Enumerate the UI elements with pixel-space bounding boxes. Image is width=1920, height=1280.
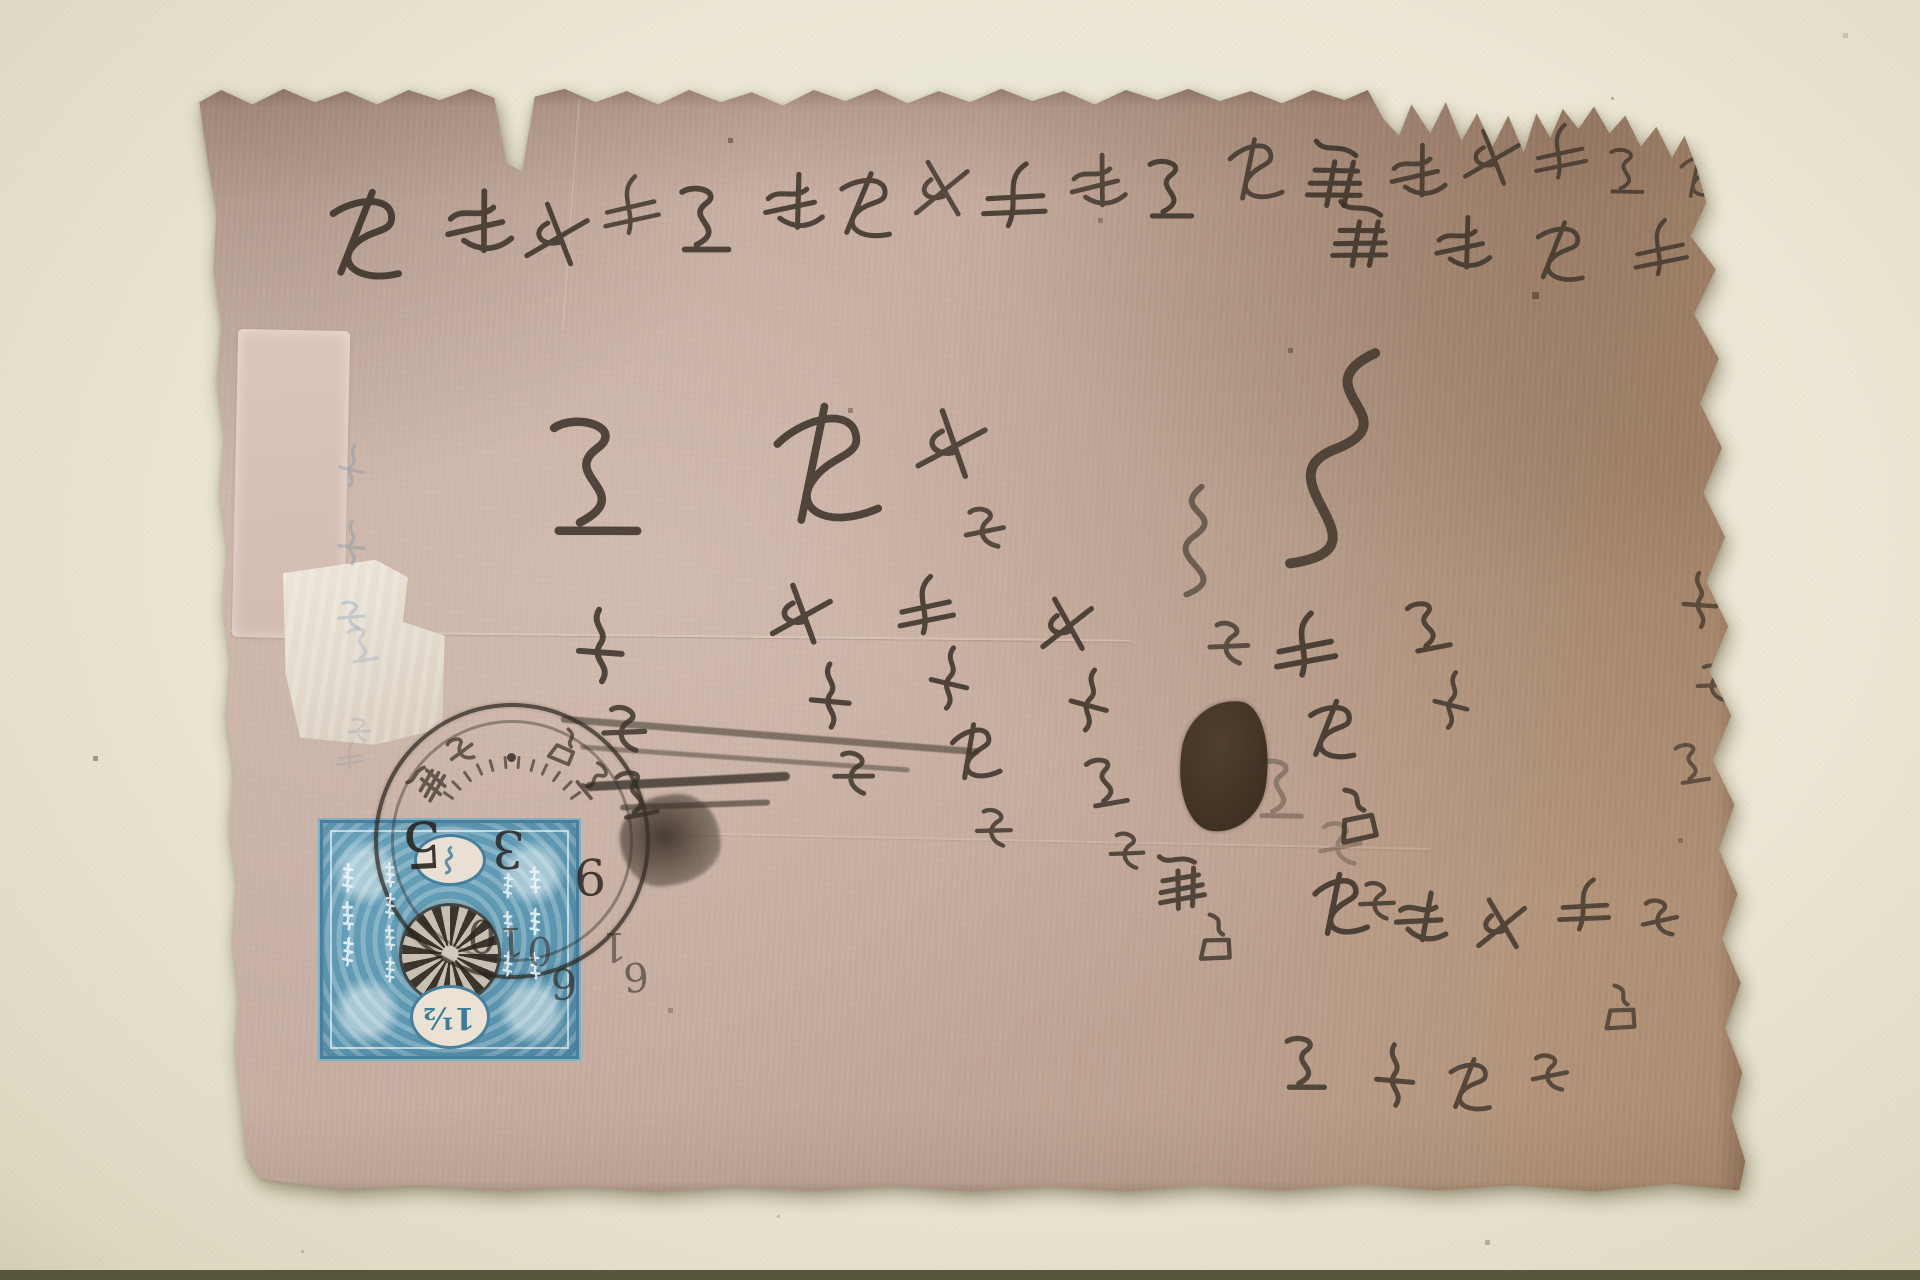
paper-specks: [190, 80, 191, 81]
torn-edge-left: [190, 80, 202, 1195]
postcard: 1½ 539010616: [190, 80, 1750, 1195]
photo-edge-strip: [0, 1270, 1920, 1280]
torn-edge-right: [1716, 80, 1750, 1195]
background-specks: [0, 0, 1, 1]
scroll-motif-icon: [431, 845, 469, 875]
postcard-paper: 1½ 539010616: [190, 80, 1750, 1195]
stamp-value-oval: 1½: [410, 985, 490, 1049]
stamp-scroll-oval: [414, 834, 486, 886]
postage-stamp: 1½: [318, 818, 581, 1061]
torn-edge-top: [190, 80, 1750, 108]
handwriting-stroke: [1703, 223, 1767, 287]
stamp-value: 1½: [423, 1000, 475, 1035]
torn-edge-bottom: [190, 1181, 1750, 1195]
